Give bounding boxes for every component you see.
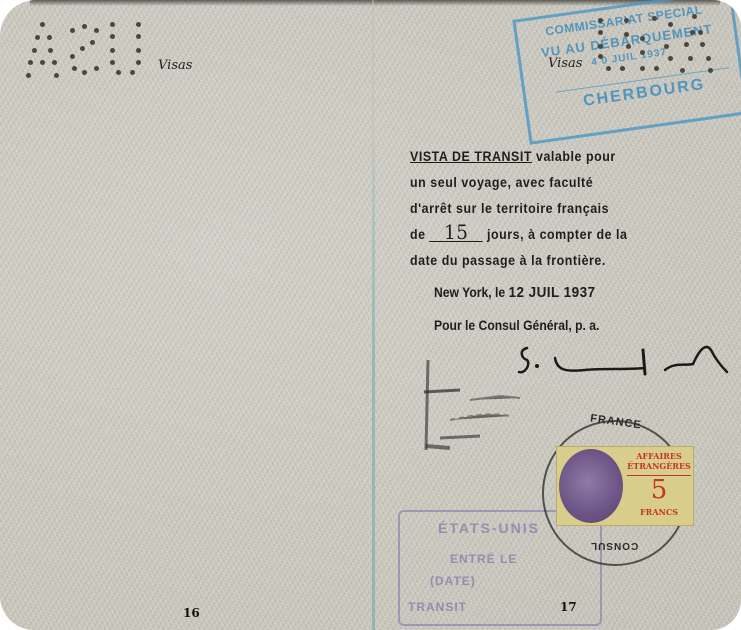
perforation-hole [624,32,629,37]
perforation-hole [654,66,659,71]
perforation-hole [110,48,115,53]
entry-stamp-line4: TRANSIT [408,600,467,614]
fiscal-stamp-value: 5 [627,475,691,504]
perforation-hole [706,56,711,61]
perforation-hole [70,54,75,59]
perforation-hole [708,68,713,73]
perforation-hole [692,14,697,19]
perforation-hole [598,54,603,59]
perforation-hole [116,70,121,75]
perforation-hole [684,42,689,47]
left-page-visas-label: Visas [158,58,192,73]
transit-visa-title: VISTA DE TRANSIT [410,149,532,164]
perforation-hole [700,42,705,47]
transit-visa-line5: date du passage à la frontière. [410,248,668,274]
issue-date: 12 JUIL 1937 [509,284,596,301]
fiscal-stamp: AFFAIRES ÉTRANGÈRES 5 FRANCS [556,446,694,526]
issue-place-date: New York, le 12 JUIL 1937 [434,284,595,301]
page-gutter [372,150,375,630]
perforation-hole [624,18,629,23]
fiscal-stamp-label: AFFAIRES ÉTRANGÈRES [627,451,691,471]
perforation-hole [52,60,57,65]
marianne-medallion-icon [559,449,623,523]
perforation-hole [136,60,141,65]
transit-visa-line4-prefix: de [410,227,426,242]
perforation-hole [680,68,685,73]
entry-stamp-line2: ENTRÉ LE [450,552,517,566]
transit-visa-line4-suffix: jours, à compter de la [487,227,628,242]
perforation-hole [626,44,631,49]
perforation-hole [620,66,625,71]
perforation-hole [94,28,99,33]
perforation-hole [598,18,603,23]
perforation-hole [110,22,115,27]
perforation-hole [668,22,673,27]
entry-stamp-line1: ÉTATS-UNIS [438,520,540,536]
perforation-hole [82,24,87,29]
signatory-line: Pour le Consul Général, p. a. [434,318,599,333]
fiscal-stamp-unit: FRANCS [627,507,691,517]
perforation-hole [40,60,45,65]
transit-visa-text: VISTA DE TRANSIT valable pour un seul vo… [410,144,668,274]
perforation-hole [698,30,703,35]
perforation-hole [40,22,45,27]
perforation-hole [136,34,141,39]
perforation-hole [130,70,135,75]
perforation-hole [70,28,75,33]
perforation-hole [668,56,673,61]
perforation-hole [48,48,53,53]
perforation-hole [640,50,645,55]
passport-spread: Visas COMMISSARIAT SPECIAL VU AU DÉBARQU… [0,0,741,630]
transit-visa-line1: valable pour [532,149,616,164]
perforation-hole [688,56,693,61]
perforation-hole [32,48,37,53]
transit-visa-days: 15 [430,223,483,242]
perforation-hole [598,30,603,35]
perforation-hole [110,60,115,65]
perforation-hole [136,22,141,27]
faded-stamp-mark [420,350,535,460]
perforation-hole [136,48,141,53]
signature-icon [515,340,730,380]
consular-cachet-bottom-text: CONSUL [590,540,638,551]
issue-place: New York, le [434,285,505,300]
right-page-number: 17 [560,600,577,614]
perforation-hole [606,66,611,71]
perforation-hole [80,46,85,51]
transit-visa-line3: d'arrêt sur le territoire français [410,196,668,222]
perforation-hole [72,66,77,71]
perforation-hole [640,66,645,71]
perforation-hole [28,60,33,65]
perforation-hole [54,73,59,78]
perforation-hole [82,70,87,75]
perforation-hole [35,35,40,40]
perforation-hole [110,34,115,39]
perforation-hole [598,44,603,49]
perforation-hole [640,36,645,41]
entry-stamp-line3: (DATE) [430,574,476,588]
perforation-hole [652,16,657,21]
perforation-hole [47,35,52,40]
page-gutter-upper [372,0,374,150]
perforation-hole [94,66,99,71]
debarkation-stamp-city: CHERBOURG [556,67,732,114]
right-page-visas-label: Visas [548,56,582,71]
perforation-hole [690,30,695,35]
left-page-number: 16 [183,606,200,620]
transit-visa-line2: un seul voyage, avec faculté [410,170,668,196]
perforation-hole [90,40,95,45]
perforation-hole [664,44,669,49]
perforation-hole [26,73,31,78]
